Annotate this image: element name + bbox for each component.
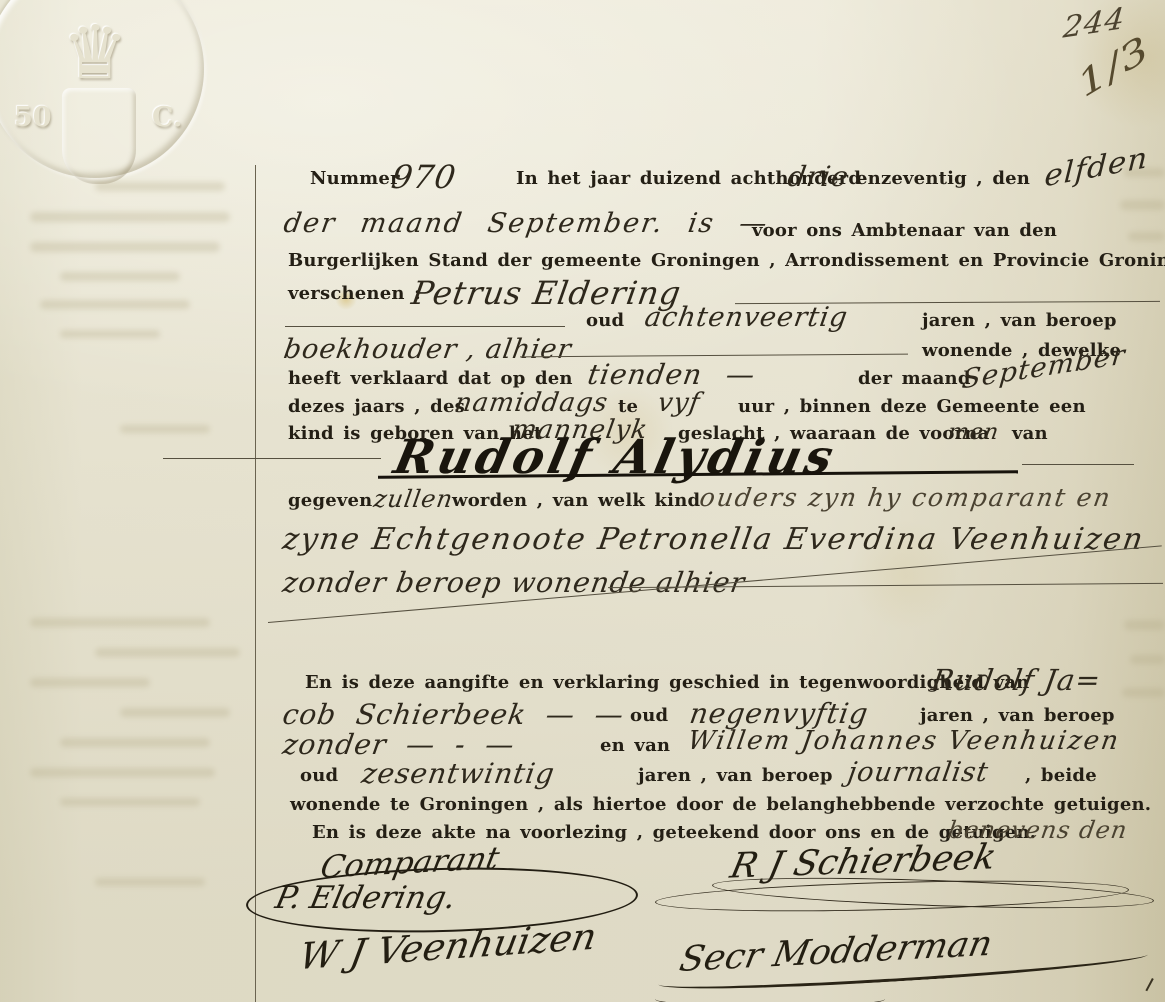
bleed-through bbox=[1120, 200, 1165, 210]
bleed-through bbox=[95, 182, 225, 191]
witness2-age: zesentwintig bbox=[359, 757, 557, 790]
jaren-beroep-3: jaren , van beroep bbox=[638, 765, 833, 786]
bleed-through bbox=[60, 798, 200, 806]
month-line-handwritten: der maand September. is — bbox=[282, 208, 771, 239]
jaren-beroep-1: jaren , van beroep bbox=[922, 310, 1117, 331]
oud-label-2: oud bbox=[630, 705, 668, 726]
bleed-through bbox=[120, 425, 210, 433]
bleed-through bbox=[1124, 620, 1165, 630]
bleed-through bbox=[95, 648, 240, 657]
bleed-through bbox=[30, 212, 230, 222]
witness1-name-end: cob Schierbeek — — bbox=[280, 698, 626, 731]
stamp-value-left: 50 bbox=[14, 102, 52, 133]
folio-number: 244 bbox=[1062, 2, 1127, 46]
birth-daypart: namiddags bbox=[453, 388, 611, 418]
beide-printed: , beide bbox=[1025, 765, 1097, 786]
day-handwritten: elfden bbox=[1044, 141, 1150, 195]
oud-label-1: oud bbox=[586, 310, 624, 331]
bottom-corner-mark bbox=[1145, 978, 1162, 996]
van-printed: van bbox=[1012, 423, 1048, 444]
bleed-through bbox=[40, 300, 190, 309]
margin-rule bbox=[255, 165, 256, 1002]
en-van-printed: en van bbox=[600, 735, 670, 756]
nummer-label: Nummer bbox=[310, 168, 400, 189]
witness-intro-printed: En is deze aangifte en verklaring geschi… bbox=[305, 672, 1029, 693]
birth-hour: vyf bbox=[656, 388, 703, 418]
officer-printed-1: voor ons Ambtenaar van den bbox=[752, 220, 1057, 241]
ouders-handwritten: ouders zyn hy comparant en bbox=[698, 483, 1114, 512]
bleed-through bbox=[30, 618, 210, 627]
jaren-beroep-2: jaren , van beroep bbox=[920, 705, 1115, 726]
year-printed-2: enzeventig , den bbox=[856, 168, 1030, 189]
blank-rule bbox=[520, 354, 908, 358]
te-printed: te bbox=[618, 396, 638, 417]
parents-residence: zonder beroep wonende alhier bbox=[280, 566, 747, 599]
blank-rule bbox=[285, 326, 565, 327]
witness1-name-start: Rudolf Ja= bbox=[929, 663, 1103, 697]
bleed-through bbox=[60, 330, 160, 338]
witness2-name: Willem Johannes Veenhuizen bbox=[686, 726, 1123, 756]
witness2-occupation: journalist bbox=[846, 757, 991, 788]
bleed-through bbox=[60, 738, 210, 747]
bleed-through bbox=[1128, 232, 1165, 241]
declarant-name: Petrus Eldering bbox=[409, 274, 684, 312]
closing1-printed: wonende te Groningen , als hiertoe door … bbox=[290, 794, 1151, 815]
stamp-shield-icon bbox=[62, 88, 136, 184]
bleed-through bbox=[120, 708, 230, 717]
stamp-value-right: C. bbox=[152, 102, 182, 133]
bleed-through bbox=[30, 678, 150, 687]
officer-printed-2: Burgerlijken Stand der gemeente Groninge… bbox=[288, 250, 1165, 271]
bleed-through bbox=[60, 272, 180, 281]
bleed-through bbox=[30, 242, 220, 252]
mother-name: zyne Echtgenoote Petronella Everdina Vee… bbox=[280, 522, 1147, 557]
declarant-occupation: boekhouder , alhier bbox=[282, 334, 574, 365]
men-handwritten: men bbox=[946, 420, 1001, 445]
zullen-handwritten: zullen bbox=[372, 485, 456, 513]
bleed-through bbox=[1122, 688, 1165, 697]
blank-rule bbox=[163, 458, 381, 459]
verschenen-label: verschenen : bbox=[288, 283, 421, 304]
oud-label-3: oud bbox=[300, 765, 338, 786]
uur-printed: uur , binnen deze Gemeente een bbox=[738, 396, 1086, 417]
act-number: 970 bbox=[389, 158, 459, 196]
verklaard-printed: heeft verklaard dat op den bbox=[288, 368, 573, 389]
bleed-through bbox=[1130, 655, 1165, 664]
bleed-through bbox=[95, 878, 205, 886]
year-handwritten: drie bbox=[785, 160, 851, 193]
worden-printed: worden , van welk kind bbox=[452, 490, 700, 511]
eldering-signature: P. Eldering. bbox=[272, 880, 459, 916]
birth-day: tienden — bbox=[585, 358, 757, 391]
dezes-printed: dezes jaars , des bbox=[288, 396, 465, 417]
der-maand-printed: der maand bbox=[858, 368, 971, 389]
blank-rule bbox=[1022, 464, 1134, 465]
bleed-through bbox=[30, 768, 215, 777]
gegeven-printed: gegeven bbox=[288, 490, 372, 511]
birth-certificate-page: ♛ 50 C. 244 1/3 Nummer 970 In het jaar d… bbox=[0, 0, 1165, 1002]
bottom-flourish bbox=[655, 990, 885, 1002]
declarant-age: achtenveertig bbox=[643, 302, 851, 333]
stamp-crown-icon: ♛ bbox=[62, 10, 128, 96]
